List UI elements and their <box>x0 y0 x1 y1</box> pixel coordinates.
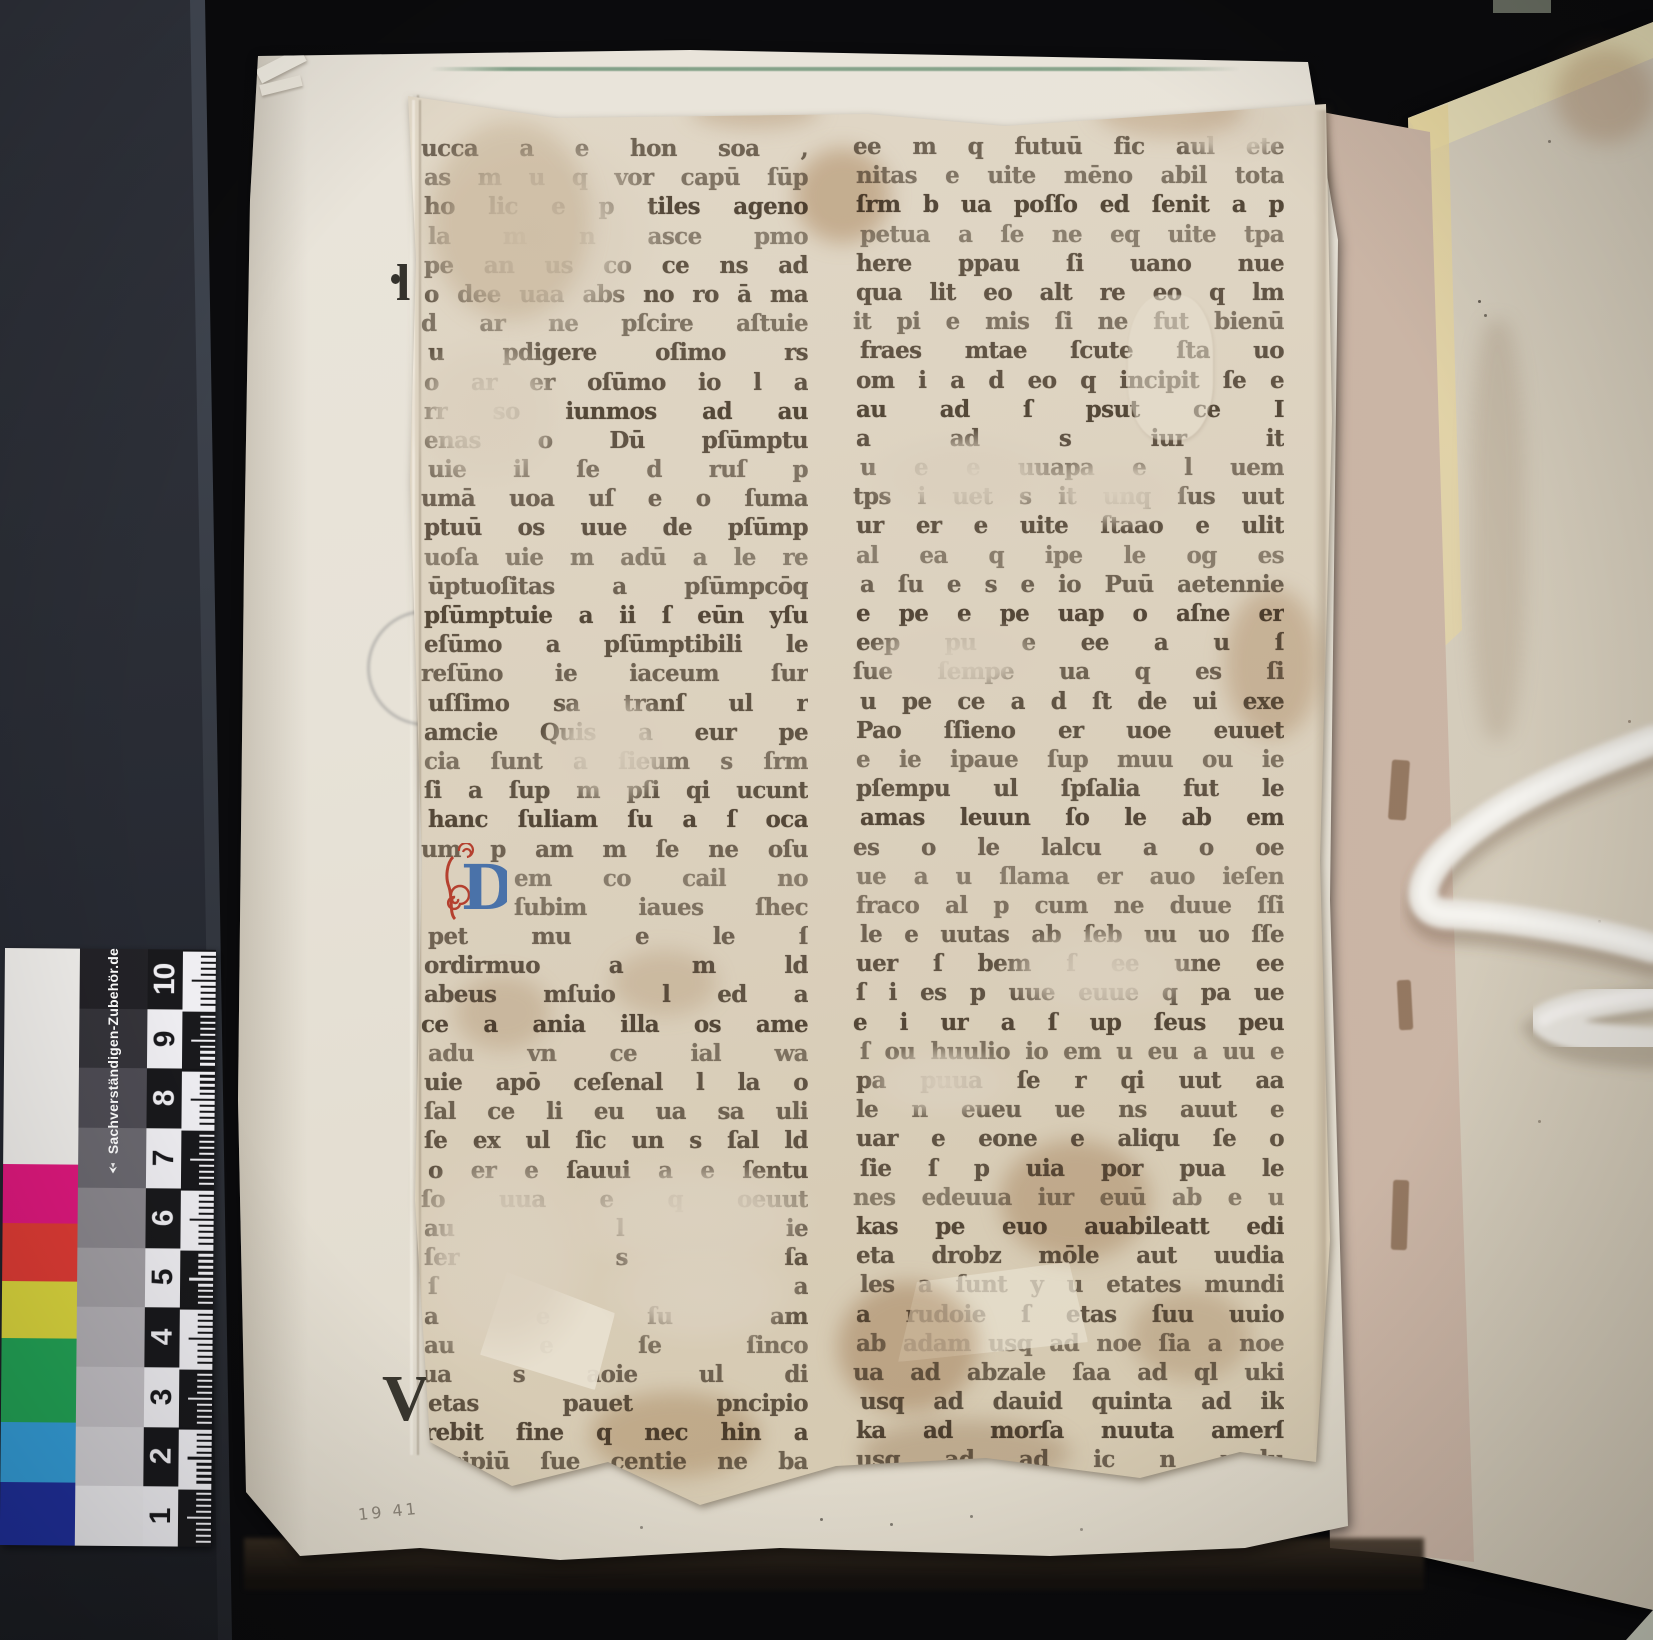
ruler-tick <box>200 1063 215 1065</box>
ruler-tick <box>201 968 216 970</box>
ruler-tick <box>201 956 216 958</box>
ruler-tick <box>198 1290 213 1292</box>
manuscript-line: ſie ſ p uia por pua le <box>860 1154 1284 1183</box>
manuscript-line: rr so iunmos ad au <box>424 397 808 426</box>
manuscript-line: abeus mſuio l ed a <box>424 980 808 1009</box>
manuscript-line: umā uoa uſ e o ſuma <box>421 484 808 513</box>
ruler-unit-cell <box>181 1129 215 1189</box>
manuscript-line: eſūmo a pſūmptibili le <box>424 630 808 659</box>
ruler-tick <box>199 1111 214 1113</box>
ruler-tick <box>201 962 216 964</box>
ruler-tick <box>198 1230 213 1232</box>
ruler-unit-cell <box>178 1487 212 1547</box>
leaf-edge <box>412 100 415 1440</box>
ruler-tick <box>197 1386 212 1388</box>
manuscript-line: ua ad abzale ſaa ad ql uki <box>853 1358 1284 1387</box>
ruler-unit-cell <box>182 950 216 1010</box>
ruler-tick <box>199 1123 214 1125</box>
manuscript-line: usq ad dauid quinta ad ik <box>860 1387 1284 1416</box>
ruler-tick <box>197 1350 212 1352</box>
manuscript-line: es o le lalcu a o oe <box>853 833 1284 862</box>
leaf-edge <box>419 100 421 1440</box>
manuscript-line: fraco al p cum ne duue ſſi <box>856 891 1284 920</box>
ruler-tick <box>200 1093 215 1095</box>
manuscript-line: a ſu e s e io Puū aetennie <box>860 570 1284 599</box>
manuscript-line: ue a u ſlama er auo ieſen <box>856 862 1284 891</box>
ruler-tick <box>199 1194 214 1196</box>
ruler-tick <box>200 986 215 988</box>
manuscript-line: petua a ſe ne eq uite tpa <box>860 220 1284 249</box>
manuscript-line: eta drobz mōle aut uudia <box>856 1241 1284 1270</box>
ruler-number: 2 <box>143 1427 179 1487</box>
ruler-tick <box>197 1362 212 1364</box>
ruler-tick <box>201 974 216 976</box>
grayscale-step <box>77 1187 146 1247</box>
manuscript-line: nitas e uite mēno abil tota <box>856 161 1284 190</box>
ruler-tick <box>200 1033 215 1035</box>
grayscale-step <box>75 1426 144 1486</box>
manuscript-line: fraes mtae ſcute ſta uo <box>860 336 1284 365</box>
color-patch-blue <box>0 1482 75 1546</box>
ruler-tick <box>198 1254 213 1256</box>
manuscript-line: ucca a e hon soa , <box>421 134 808 163</box>
ruler-tick <box>192 979 216 981</box>
manuscript-line: pſempu ul ſpſalia fut le <box>856 774 1284 803</box>
manuscript-line: reſūno ie iaceum ſur <box>421 659 808 688</box>
ruler-tick <box>183 950 216 952</box>
grayscale-step <box>76 1367 145 1427</box>
manuscript-line: uie il ſe d ruſ p <box>428 455 808 484</box>
ruler-tick <box>197 1433 212 1435</box>
manuscript-line: amcie Quis a eur pe <box>424 718 808 747</box>
ruler-tick <box>199 1171 214 1173</box>
ruler-tick <box>188 1397 212 1399</box>
ruler-tick <box>200 1051 215 1053</box>
color-patch-yellow <box>2 1281 77 1339</box>
manuscript-line: au l ie <box>424 1214 808 1243</box>
manuscript-line: ſ a <box>428 1272 808 1301</box>
ruler-tick <box>196 1499 211 1501</box>
ruler-tick <box>189 1338 213 1340</box>
ruler-tick <box>199 1206 214 1208</box>
manuscript-line: uer ſ bem ſ ee une ee <box>856 949 1284 978</box>
manuscript-line: au e ſe ſinco <box>424 1331 808 1360</box>
manuscript-line: uie apō ceſenal l la o <box>424 1068 808 1097</box>
color-patch-column <box>0 948 80 1546</box>
ruler-tick <box>179 1427 212 1429</box>
ruler-tick <box>198 1272 213 1274</box>
color-patch-white <box>3 948 80 1165</box>
manuscript-line: ūptuoſitas a pſūmpcōq <box>428 572 808 601</box>
color-patch-red <box>2 1223 78 1282</box>
stain <box>690 92 820 128</box>
ruler-tick <box>200 1075 215 1077</box>
manuscript-line: qua lit eo alt re eo q lm <box>856 278 1284 307</box>
manuscript-line: adu vn ce ial wa <box>428 1039 808 1068</box>
manuscript-line: ſe ex ul ſic un s ſal ld <box>424 1126 808 1155</box>
ruler-unit-cell <box>180 1248 214 1308</box>
manuscript-line: al ea q ipe le og es <box>856 541 1284 570</box>
ruler-unit-cell <box>179 1308 213 1368</box>
manuscript-line: ptuū os uue de pſūmp <box>424 513 808 542</box>
manuscript-line: ſo uua e q oeuut <box>421 1185 808 1214</box>
manuscript-line: kas pe euo auabileatt edi <box>856 1212 1284 1241</box>
text-column-left: ucca a e hon soa ,as m u q vor capū ſūph… <box>424 134 808 1477</box>
ruler-tick <box>198 1224 213 1226</box>
manuscript-line: ordirmuo a m ld <box>424 951 808 980</box>
ruler-tick <box>197 1391 212 1393</box>
manuscript-line: ſ ou huulio io em u eu a uu e <box>860 1037 1284 1066</box>
ruler-tick <box>199 1147 214 1149</box>
decorated-initial: D <box>445 843 507 935</box>
manuscript-line: tps i uet s it unq ſus uut <box>853 482 1284 511</box>
ruler-tick <box>196 1481 211 1483</box>
ruler-tick <box>197 1380 212 1382</box>
ruler-tick <box>199 1105 214 1107</box>
ruler-tick <box>180 1308 213 1310</box>
manuscript-line: ſ i es p uue euue q pa ue <box>856 978 1284 1007</box>
repair-patch <box>1128 295 1213 440</box>
ruler-tick <box>199 1153 214 1155</box>
manuscript-line: u e e uuapa e l uem <box>860 453 1284 482</box>
manuscript-line: ur er e uite ſtaao e ulit <box>856 511 1284 540</box>
ruler-tick <box>197 1421 212 1423</box>
ruler-tick <box>196 1511 211 1513</box>
manuscript-line: a e ſu am <box>424 1302 808 1331</box>
ruler-unit-cell <box>180 1188 214 1248</box>
ruler-tick <box>200 1057 215 1059</box>
manuscript-leaf: ucca a e hon soa ,as m u q vor capū ſūph… <box>0 0 1653 1640</box>
ruler-tick <box>200 991 215 993</box>
manuscript-line: rebit fine q nec hin a <box>424 1418 808 1447</box>
ruler-tick <box>199 1135 214 1137</box>
manuscript-line: ua s aoie ul di <box>421 1360 808 1389</box>
ruler-unit-cell <box>182 1009 216 1069</box>
manuscript-line: ho lic e p tiles ageno <box>424 192 808 221</box>
ruler-number: 9 <box>147 1009 183 1069</box>
ruler-tick <box>200 1021 215 1023</box>
ruler-tick <box>199 1183 214 1185</box>
manuscript-line: pa puua ſe r qi uut aa <box>856 1066 1284 1095</box>
manuscript-line: pe an us co ce ns ad <box>424 251 808 280</box>
manuscript-line: au ad ſ psut ce I <box>856 395 1284 424</box>
ruler-tick <box>181 1129 214 1131</box>
grayscale-step <box>76 1307 145 1367</box>
ruler-unit-cell <box>179 1367 213 1427</box>
ruler-tick <box>190 1218 214 1220</box>
grayscale-step <box>75 1486 144 1546</box>
manuscript-line: la m n asce pmo <box>428 222 808 251</box>
ruler-number: 4 <box>144 1307 180 1367</box>
manuscript-leaf-wrap: ucca a e hon soa ,as m u q vor capū ſūph… <box>0 0 1653 1640</box>
ruler-tick <box>200 1087 215 1089</box>
ruler-tick <box>197 1332 212 1334</box>
manuscript-line: le n eueu ue ns auut e <box>856 1095 1284 1124</box>
ruler-tick <box>198 1236 213 1238</box>
manuscript-line: nes edeuua iur euū ab e u <box>853 1183 1284 1212</box>
ruler-tick <box>188 1457 212 1459</box>
ruler-tick <box>196 1469 211 1471</box>
manuscript-line: cia ſunt a ſieum s ſrm <box>424 747 808 776</box>
ruler-number: 7 <box>146 1128 182 1188</box>
manuscript-line: ce a ania illa os ame <box>421 1010 808 1039</box>
ruler-tick <box>196 1493 211 1495</box>
manuscript-line: as m u q vor capū ſūp <box>424 163 808 192</box>
ruler-tick <box>199 1200 214 1202</box>
ruler-tick <box>199 1212 214 1214</box>
ruler-tick <box>198 1320 213 1322</box>
ruler-tick <box>200 1003 215 1005</box>
ruler-tick <box>199 1177 214 1179</box>
manuscript-line: d ar ne pſcire aſtuie <box>421 309 808 338</box>
ruler-tick <box>180 1248 213 1250</box>
manuscript-line: ſal ce li eu ua sa uli <box>424 1097 808 1126</box>
manuscript-line: ſue ſempe ua q es ſi <box>853 657 1284 686</box>
ruler-tick <box>197 1344 212 1346</box>
manuscript-line: o ar er oſūmo io l a <box>424 368 808 397</box>
ruler-number-column: 10987654321 <box>143 949 183 1546</box>
manuscript-line: ee m q futuū fic aul ete <box>853 132 1284 161</box>
manuscript-line: amas leuun ſo le ab em <box>860 803 1284 832</box>
ruler-tick <box>196 1475 211 1477</box>
ruler-brand: Sachverständigen-Zubehör.de <box>80 948 146 1180</box>
ruler-tick <box>200 1081 215 1083</box>
ruler-tick-column <box>178 950 216 1547</box>
manuscript-line: eep pu e ee a u ſ <box>856 628 1284 657</box>
ruler-tick <box>197 1439 212 1441</box>
manuscript-line: e i ur a ſ up ſeus peu <box>853 1008 1284 1037</box>
ruler-tick <box>200 1045 215 1047</box>
ruler-tick <box>178 1487 211 1489</box>
manuscript-line: e ie ipaue ſup muu ou ie <box>856 745 1284 774</box>
ruler-tick <box>198 1242 213 1244</box>
manuscript-line: a ad s iur it <box>856 424 1284 453</box>
ruler-unit-cell <box>181 1069 215 1129</box>
ruler-tick <box>198 1260 213 1262</box>
ruler-tick <box>197 1409 212 1411</box>
manuscript-line: om i a d eo q incipit ſe e <box>856 366 1284 395</box>
color-patch-green <box>1 1338 77 1423</box>
manuscript-line: incipiū ſue centie ne ba <box>424 1447 808 1476</box>
manuscript-line: Pao ſſieno er uoe euuet <box>856 716 1284 745</box>
ruler-tick <box>198 1284 213 1286</box>
ruler-tick <box>198 1302 213 1304</box>
manuscript-photo-stage: l V 19 41 ucca a e hon soa ,as m u q vor… <box>0 0 1653 1640</box>
color-patch-magenta <box>3 1164 79 1224</box>
manuscript-line: le e uutas ab ſeb uu uo ſſe <box>860 920 1284 949</box>
ruler-tick <box>196 1451 211 1453</box>
ruler-tick <box>189 1278 213 1280</box>
ruler-tick <box>197 1374 212 1376</box>
ruler-tick <box>196 1541 211 1543</box>
ruler-tick <box>181 1188 214 1190</box>
ruler-tick <box>196 1505 211 1507</box>
ruler-tick <box>198 1266 213 1268</box>
manuscript-line: here ppau ſi uano nue <box>856 249 1284 278</box>
manuscript-line: pſūmptuie a ii ſ eūn yſu <box>424 601 808 630</box>
ruler-tick <box>196 1535 211 1537</box>
manuscript-line: u pe ce a d ſt de ui exe <box>860 687 1284 716</box>
manuscript-line: hanc ſuliam ſu a ſ oca <box>428 805 808 834</box>
ruler-tick <box>199 1165 214 1167</box>
ruler-number: 6 <box>145 1188 181 1248</box>
manuscript-line: it pi e mis ſi ne fut bienū <box>853 307 1284 336</box>
ruler-number: 3 <box>144 1367 180 1427</box>
ruler-tick <box>200 997 215 999</box>
ruler-tick <box>196 1529 211 1531</box>
ruler-tick <box>182 1009 215 1011</box>
ruler-tick <box>191 1039 215 1041</box>
ruler-tick <box>199 1117 214 1119</box>
manuscript-line: o dee uaa abs no ro ā ma <box>424 280 808 309</box>
brand-logo-icon <box>101 1162 125 1174</box>
ruler-tick <box>197 1415 212 1417</box>
ruler-tick <box>197 1356 212 1358</box>
manuscript-line: ſer s ſa <box>424 1243 808 1272</box>
ruler-tick <box>198 1326 213 1328</box>
ruler-unit-cell <box>178 1427 212 1487</box>
manuscript-line: uſſimo sa tranſ ul r <box>428 689 808 718</box>
manuscript-line: uar e eone e aliqu ſe o <box>856 1124 1284 1153</box>
manuscript-line: usq ad ad ic n uudu <box>856 1445 1284 1474</box>
manuscript-line: o er e ſauui a e ſentu <box>428 1156 808 1185</box>
leaf-edge <box>1314 110 1326 1450</box>
grayscale-step <box>77 1247 146 1307</box>
ruler-number: 1 <box>143 1487 179 1547</box>
manuscript-line: ka ad morſa nuuta amerſ <box>856 1416 1284 1445</box>
manuscript-line: u pdigere oſimo rs <box>428 338 808 367</box>
ruler-tick <box>198 1314 213 1316</box>
stain <box>1095 82 1245 137</box>
manuscript-line: ſrm b ua poſſo ed ſenit a p <box>856 190 1284 219</box>
ruler-tick <box>179 1367 212 1369</box>
ruler-tick <box>197 1403 212 1405</box>
manuscript-line: uoſa uie m adū a le re <box>424 543 808 572</box>
manuscript-line: ſi a ſup m pſi qi ucunt <box>424 776 808 805</box>
ruler-tick <box>199 1141 214 1143</box>
ruler-tick <box>200 1027 215 1029</box>
ruler-tick <box>198 1296 213 1298</box>
ruler-tick <box>182 1069 215 1071</box>
ruler-number: 8 <box>146 1069 182 1129</box>
initial-letter: D <box>461 851 507 924</box>
ruler-tick <box>196 1445 211 1447</box>
ruler-tick <box>191 1099 215 1101</box>
manuscript-line: enas o Dū pſūmptu <box>424 426 808 455</box>
ruler-tick <box>196 1523 211 1525</box>
ruler-tick <box>196 1463 211 1465</box>
ruler-tick <box>190 1159 214 1161</box>
ruler-number: 10 <box>147 949 183 1009</box>
ruler-tick <box>187 1517 211 1519</box>
ruler-tick <box>200 1015 215 1017</box>
ruler-number: 5 <box>145 1248 181 1308</box>
manuscript-line: etas pauet pncipio <box>428 1389 808 1418</box>
color-patch-cyan <box>0 1422 76 1483</box>
manuscript-line: e pe e pe uap o aſne er <box>856 599 1284 628</box>
brand-text: Sachverständigen-Zubehör.de <box>105 948 121 1154</box>
